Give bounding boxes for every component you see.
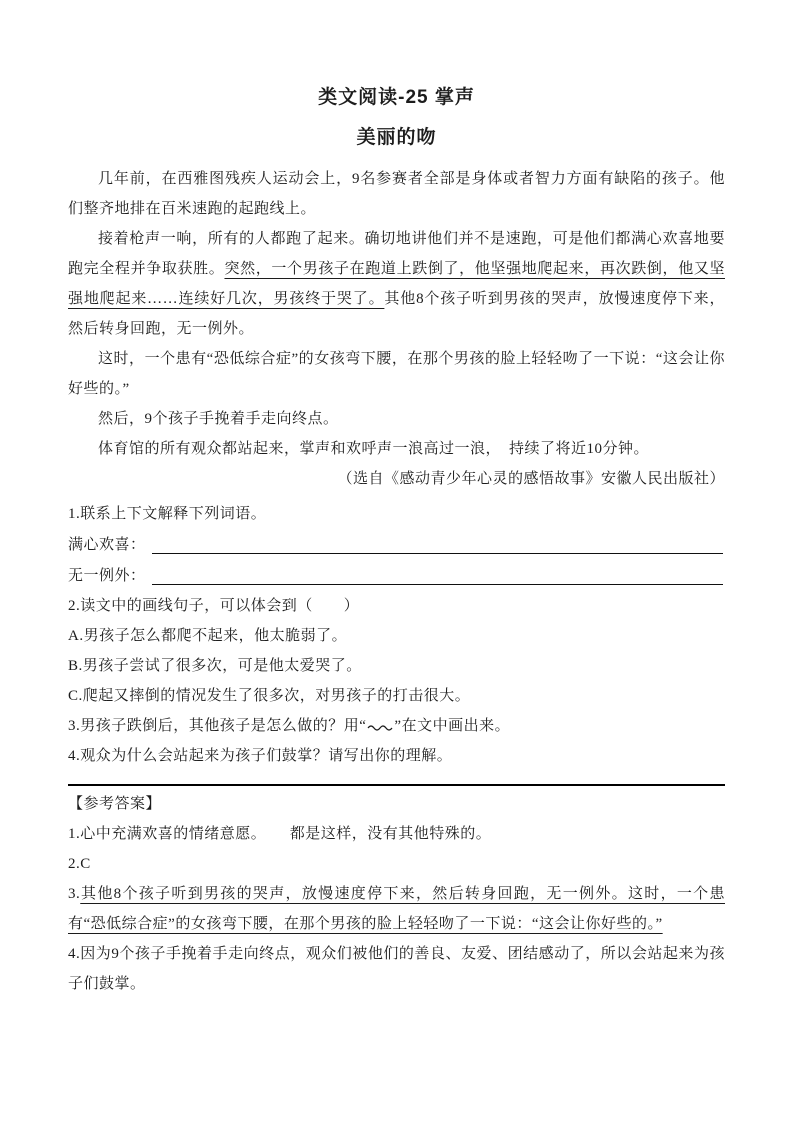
paragraph-2: 接着枪声一响，所有的人都跑了起来。确切地讲他们并不是速跑，可是他们都满心欢喜地要…	[68, 224, 725, 344]
fill-in-row-2: 无一例外：	[68, 560, 725, 591]
answer-blank-line-1	[152, 553, 723, 554]
question-2-option-a: A.男孩子怎么都爬不起来，他太脆弱了。	[68, 621, 725, 651]
question-3-text-after: ”在文中画出来。	[394, 718, 510, 734]
answers-divider	[68, 784, 725, 786]
fill-in-label-1: 满心欢喜：	[68, 530, 146, 560]
passage-title: 美丽的吻	[68, 126, 725, 150]
document-page: 类文阅读-25 掌声 美丽的吻 几年前，在西雅图残疾人运动会上，9名参赛者全部是…	[0, 0, 793, 1122]
answer-3: 3.其他8个孩子听到男孩的哭声，放慢速度停下来，然后转身回跑，无一例外。这时，一…	[68, 879, 725, 939]
paragraph-3: 这时，一个患有“恐低综合症”的女孩弯下腰，在那个男孩的脸上轻轻吻了一下说：“这会…	[68, 344, 725, 404]
page-title: 类文阅读-25 掌声	[68, 86, 725, 110]
answer-2: 2.C	[68, 849, 725, 879]
question-4: 4.观众为什么会站起来为孩子们鼓掌？请写出你的理解。	[68, 741, 725, 771]
answers-section: 【参考答案】 1.心中充满欢喜的情绪意愿。 都是这样，没有其他特殊的。 2.C …	[68, 789, 725, 999]
answer-3-underlined-text: 其他8个孩子听到男孩的哭声，放慢速度停下来，然后转身回跑，无一例外。这时，一个患…	[68, 886, 725, 932]
question-1: 1.联系上下文解释下列词语。	[68, 499, 725, 529]
wavy-line-icon	[367, 723, 393, 731]
answers-heading: 【参考答案】	[68, 789, 725, 819]
paragraph-1: 几年前，在西雅图残疾人运动会上，9名参赛者全部是身体或者智力方面有缺陷的孩子。他…	[68, 164, 725, 224]
question-3-text-before: 3.男孩子跌倒后，其他孩子是怎么做的？用“	[68, 718, 366, 734]
fill-in-label-2: 无一例外：	[68, 561, 146, 591]
source-attribution: （选自《感动青少年心灵的感悟故事》安徽人民出版社）	[68, 464, 725, 494]
fill-in-row-1: 满心欢喜：	[68, 529, 725, 560]
answer-4: 4.因为9个孩子手挽着手走向终点，观众们被他们的善良、友爱、团结感动了，所以会站…	[68, 939, 725, 999]
question-2: 2.读文中的画线句子，可以体会到（ ）	[68, 591, 725, 621]
paragraph-4: 然后，9个孩子手挽着手走向终点。	[68, 404, 725, 434]
paragraph-5: 体育馆的所有观众都站起来，掌声和欢呼声一浪高过一浪， 持续了将近10分钟。	[68, 434, 725, 464]
answer-blank-line-2	[152, 584, 723, 585]
question-2-option-b: B.男孩子尝试了很多次，可是他太爱哭了。	[68, 651, 725, 681]
passage-section: 几年前，在西雅图残疾人运动会上，9名参赛者全部是身体或者智力方面有缺陷的孩子。他…	[68, 164, 725, 494]
answer-1: 1.心中充满欢喜的情绪意愿。 都是这样，没有其他特殊的。	[68, 819, 725, 849]
answer-3-number: 3.	[68, 886, 80, 902]
question-2-option-c: C.爬起又摔倒的情况发生了很多次，对男孩子的打击很大。	[68, 681, 725, 711]
question-3: 3.男孩子跌倒后，其他孩子是怎么做的？用“”在文中画出来。	[68, 711, 725, 741]
questions-section: 1.联系上下文解释下列词语。 满心欢喜： 无一例外： 2.读文中的画线句子，可以…	[68, 499, 725, 771]
